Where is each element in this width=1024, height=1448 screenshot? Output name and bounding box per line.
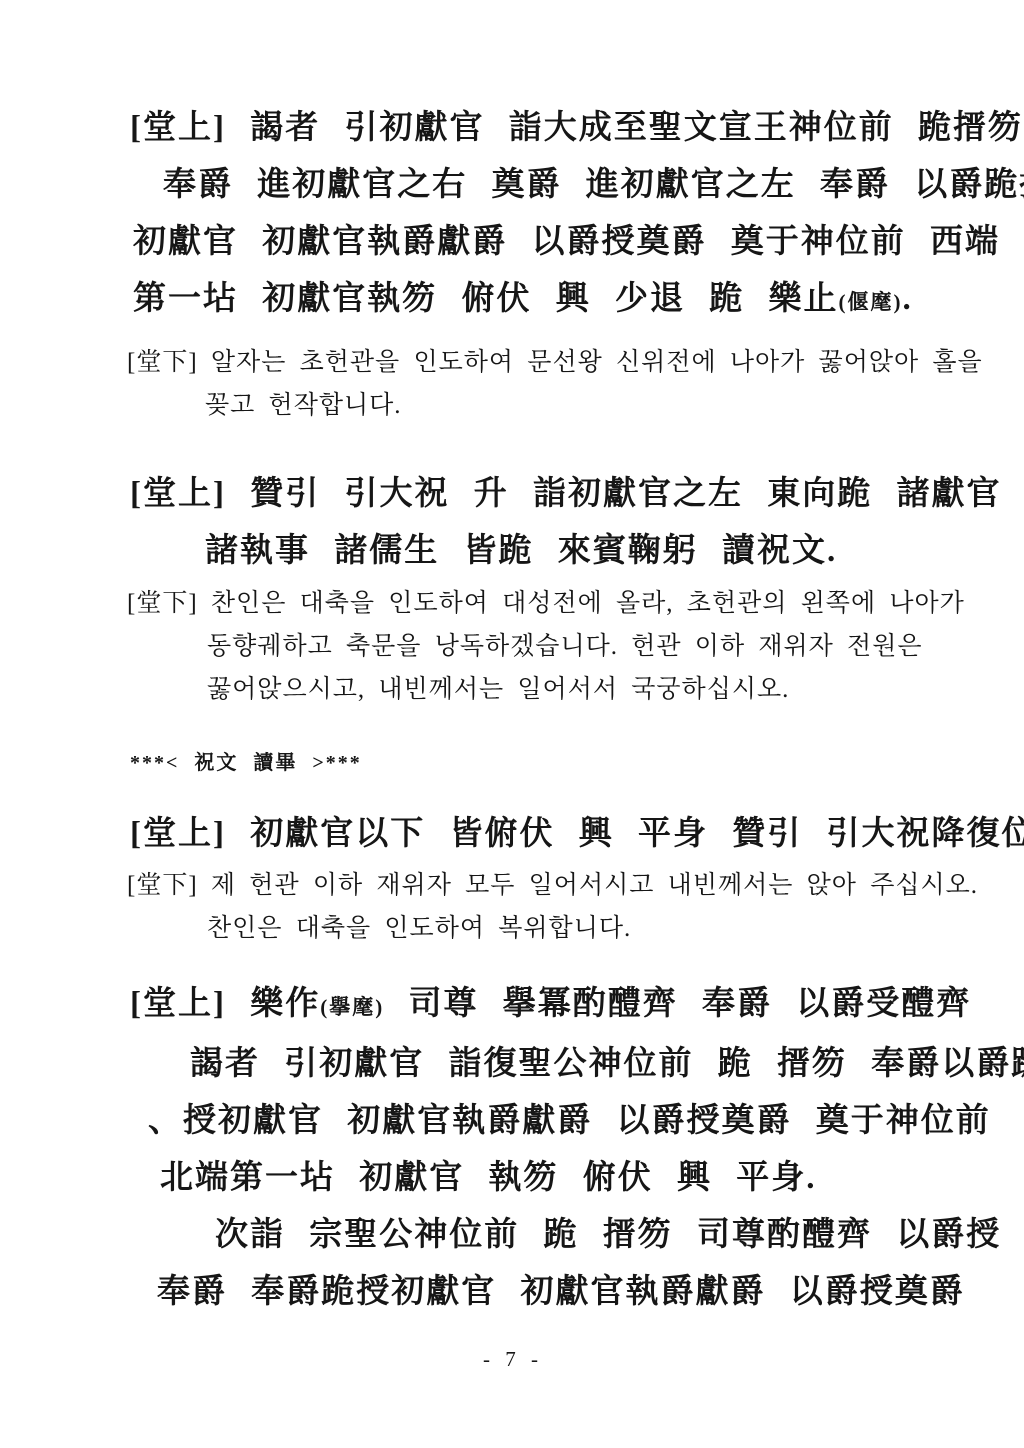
document-page: [堂上] 謁者 引初獻官 詣大成至聖文宣王神位前 跪搢笏 奉爵 進初獻官之右 奠… <box>0 0 1024 1448</box>
hanja-line-rest: 司尊 擧冪酌醴齊 奉爵 以爵受醴齊 <box>384 986 971 1022</box>
hanja-section-3: [堂上] 初獻官以下 皆俯伏 興 平身 贊引 引大祝降復位. <box>0 806 1024 863</box>
korean-section-3: [堂下] 제 헌관 이하 재위자 모두 일어서시고 내빈께서는 앉아 주십시오.… <box>0 864 1024 950</box>
hanja-line: 諸執事 諸儒生 皆跪 來賓鞠躬 讀祝文. <box>0 523 1024 580</box>
hanja-section-2: [堂上] 贊引 引大祝 升 詣初獻官之左 東向跪 諸獻官 諸執事 諸儒生 皆跪 … <box>0 466 1024 580</box>
paren-annotation: (偃麾) <box>839 290 903 314</box>
hanja-line: [堂上] 贊引 引大祝 升 詣初獻官之左 東向跪 諸獻官 <box>0 466 1024 523</box>
korean-line: 꽂고 헌작합니다. <box>0 384 1024 427</box>
hanja-line: 奉爵 奉爵跪授初獻官 初獻官執爵獻爵 以爵授奠爵 <box>0 1264 1024 1321</box>
korean-line: [堂下] 찬인은 대축을 인도하여 대성전에 올라, 초헌관의 왼쪽에 나아가 <box>0 582 1024 625</box>
hanja-line: 奉爵 進初獻官之右 奠爵 進初獻官之左 奉爵 以爵跪授 <box>0 157 1024 214</box>
prayer-complete-marker: ***< 祝文 讀畢 >*** <box>0 748 1024 778</box>
hanja-line: 次詣 宗聖公神位前 跪 搢笏 司尊酌醴齊 以爵授 <box>0 1207 1024 1264</box>
hanja-line: [堂上] 謁者 引初獻官 詣大成至聖文宣王神位前 跪搢笏 <box>0 100 1024 157</box>
hanja-line: [堂上] 初獻官以下 皆俯伏 興 平身 贊引 引大祝降復位. <box>0 806 1024 863</box>
hanja-line: 初獻官 初獻官執爵獻爵 以爵授奠爵 奠于神位前 西端 <box>0 214 1024 271</box>
korean-line: 동향궤하고 축문을 낭독하겠습니다. 헌관 이하 재위자 전원은 <box>0 625 1024 668</box>
korean-line: 찬인은 대축을 인도하여 복위합니다. <box>0 907 1024 950</box>
paren-annotation: (擧麾) <box>320 995 384 1019</box>
page-number: - 7 - <box>0 1346 1024 1372</box>
hanja-section-1: [堂上] 謁者 引初獻官 詣大成至聖文宣王神位前 跪搢笏 奉爵 進初獻官之右 奠… <box>0 100 1024 331</box>
korean-line: 꿇어앉으시고, 내빈께서는 일어서서 국궁하십시오. <box>0 668 1024 711</box>
korean-section-1: [堂下] 알자는 초헌관을 인도하여 문선왕 신위전에 나아가 꿇어앉아 홀을 … <box>0 341 1024 427</box>
hanja-line: 、授初獻官 初獻官執爵獻爵 以爵授奠爵 奠于神位前 <box>0 1093 1024 1150</box>
hanja-line-text: [堂上] 樂作 <box>130 986 320 1022</box>
hanja-line-text: 第一坫 初獻官執笏 俯伏 興 少退 跪 樂止 <box>133 281 839 317</box>
korean-line: [堂下] 제 헌관 이하 재위자 모두 일어서시고 내빈께서는 앉아 주십시오. <box>0 864 1024 907</box>
hanja-line: 第一坫 初獻官執笏 俯伏 興 少退 跪 樂止(偃麾). <box>0 271 1024 331</box>
hanja-line-tail: . <box>903 281 913 317</box>
hanja-line: [堂上] 樂作(擧麾) 司尊 擧冪酌醴齊 奉爵 以爵受醴齊 <box>0 976 1024 1036</box>
hanja-line: 北端第一坫 初獻官 執笏 俯伏 興 平身. <box>0 1150 1024 1207</box>
korean-line: [堂下] 알자는 초헌관을 인도하여 문선왕 신위전에 나아가 꿇어앉아 홀을 <box>0 341 1024 384</box>
korean-section-2: [堂下] 찬인은 대축을 인도하여 대성전에 올라, 초헌관의 왼쪽에 나아가 … <box>0 582 1024 711</box>
hanja-line: 謁者 引初獻官 詣復聖公神位前 跪 搢笏 奉爵以爵跪 <box>0 1036 1024 1093</box>
hanja-section-4: [堂上] 樂作(擧麾) 司尊 擧冪酌醴齊 奉爵 以爵受醴齊 謁者 引初獻官 詣復… <box>0 976 1024 1321</box>
